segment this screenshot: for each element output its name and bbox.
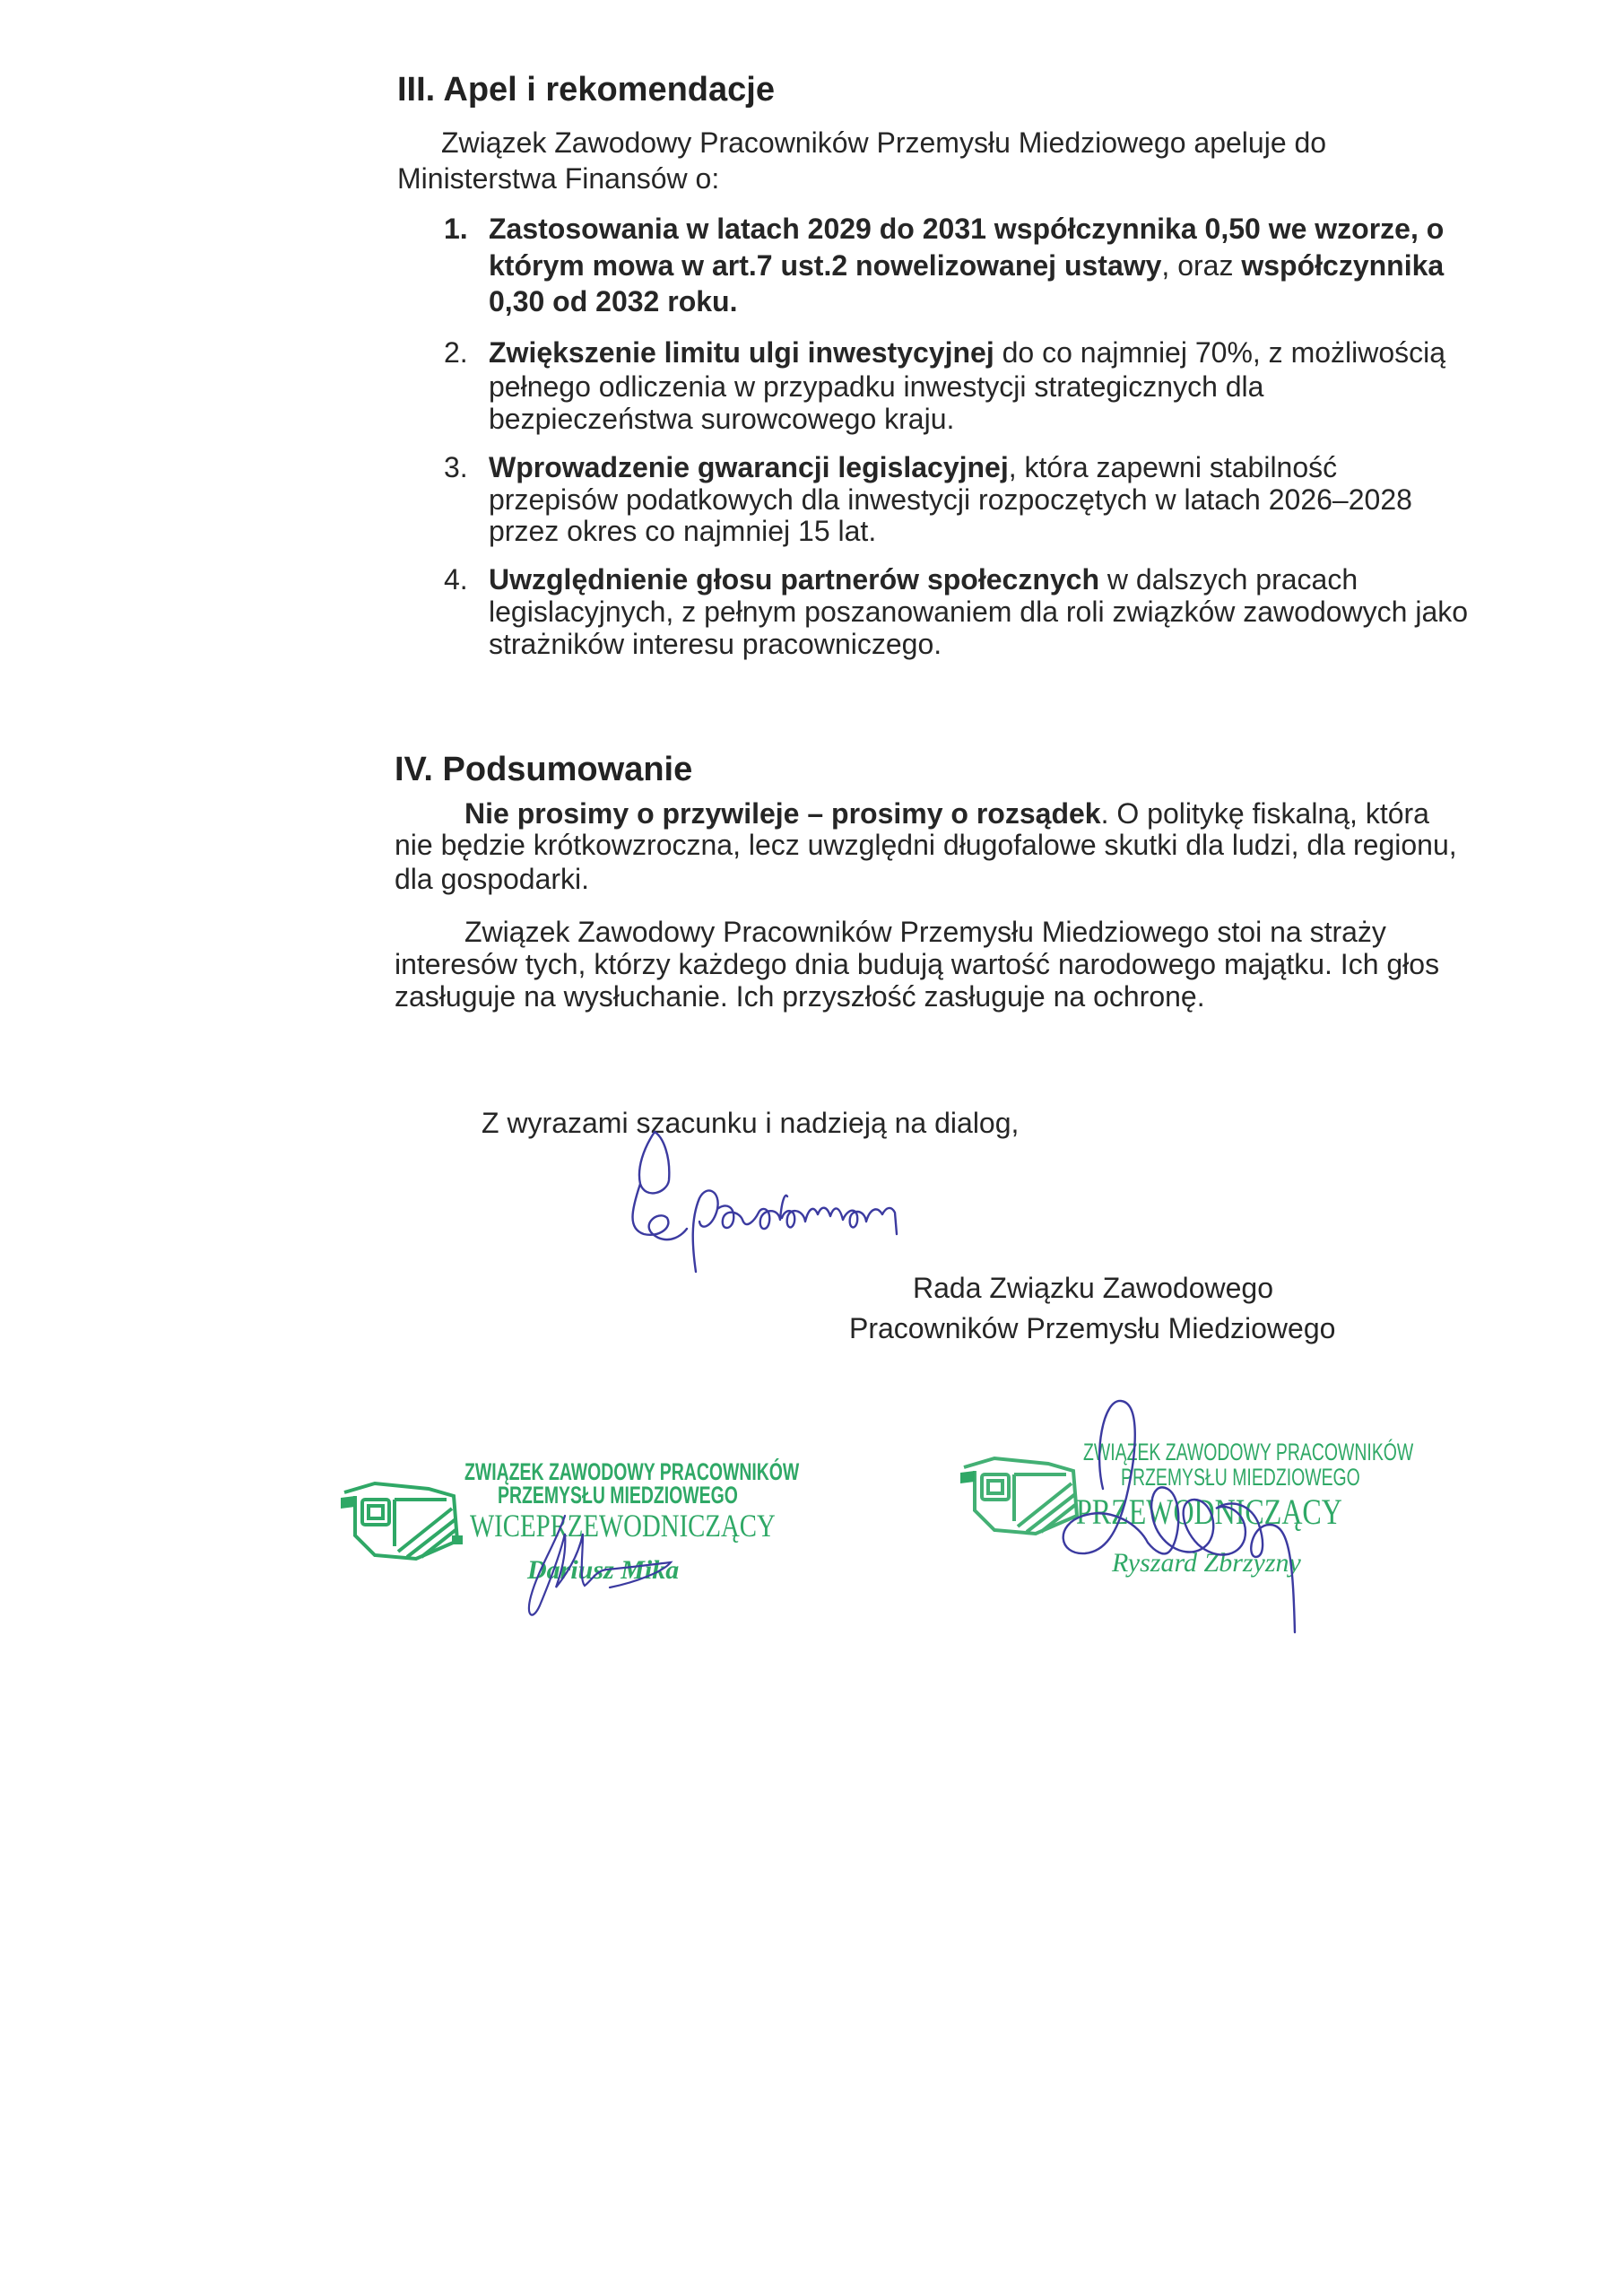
text-run: do co najmniej 70%, z możliwością [994,336,1445,369]
intro-line-1: Związek Zawodowy Pracowników Przemysłu M… [441,126,1326,160]
section-heading-podsumowanie: IV. Podsumowanie [395,750,692,789]
list-item-line: przepisów podatkowych dla inwestycji roz… [489,483,1412,517]
stamp-left-line2: PRZEMYSŁU MIEDZIOWEGO [498,1482,738,1509]
text-run: bezpieczeństwa surowcowego kraju. [489,403,954,435]
list-item-line: legislacyjnych, z pełnym poszanowaniem d… [489,595,1468,629]
list-item-line: Zastosowania w latach 2029 do 2031 współ… [489,212,1444,246]
text-run: interesów tych, którzy każdego dnia budu… [395,948,1439,980]
bold-text-run: Zastosowania w latach 2029 do 2031 współ… [489,213,1444,245]
bold-text-run: Wprowadzenie gwarancji legislacyjnej [489,451,1009,483]
bold-text-run: Zwiększenie limitu ulgi inwestycyjnej [489,336,994,369]
bold-text-run: 0,30 od 2032 roku. [489,285,737,317]
text-run: legislacyjnych, z pełnym poszanowaniem d… [489,596,1468,628]
handwritten-signature-chairman [1040,1390,1327,1641]
signatory-line-2: Pracowników Przemysłu Miedziowego [849,1311,1335,1345]
text-run: pełnego odliczenia w przypadku inwestycj… [489,370,1263,403]
text-run: przez okres co najmniej 15 lat. [489,515,876,547]
document-page: III. Apel i rekomendacje Związek Zawodow… [0,0,1623,2296]
summary-line: interesów tych, którzy każdego dnia budu… [395,947,1439,981]
text-run: , która zapewni stabilność [1009,451,1337,483]
intro-line-2: Ministerstwa Finansów o: [397,161,719,196]
handwritten-signature-vice-chairman [520,1507,681,1623]
text-run: strażników interesu pracowniczego. [489,628,942,660]
list-item-line: Uwzględnienie głosu partnerów społecznyc… [489,562,1358,596]
text-run: Związek Zawodowy Pracowników Przemysłu M… [464,916,1386,948]
union-logo-icon [339,1480,464,1561]
handwritten-signature-council [628,1121,1094,1291]
signatory-line-1: Rada Związku Zawodowego [913,1271,1273,1305]
section-heading-apel: III. Apel i rekomendacje [397,70,775,109]
list-item-line: pełnego odliczenia w przypadku inwestycj… [489,370,1263,404]
bold-text-run: którym mowa w art.7 ust.2 nowelizowanej … [489,249,1161,282]
list-item-number: 2. [444,335,468,370]
list-item-line: Wprowadzenie gwarancji legislacyjnej, kt… [489,450,1337,484]
list-item-line: strażników interesu pracowniczego. [489,627,942,661]
list-item-number: 3. [444,450,468,484]
list-item-line: 0,30 od 2032 roku. [489,284,737,318]
summary-line: nie będzie krótkowzroczna, lecz uwzględn… [395,828,1457,862]
list-item-line: przez okres co najmniej 15 lat. [489,514,876,548]
text-run: zasługuje na wysłuchanie. Ich przyszłość… [395,980,1205,1013]
bold-text-run: współczynnika [1241,249,1444,282]
bold-text-run: Nie prosimy o przywileje – prosimy o roz… [464,797,1101,830]
text-run: . O politykę fiskalną, która [1101,797,1429,830]
summary-line: Związek Zawodowy Pracowników Przemysłu M… [464,915,1386,949]
summary-line: zasługuje na wysłuchanie. Ich przyszłość… [395,979,1205,1013]
list-item-line: którym mowa w art.7 ust.2 nowelizowanej … [489,248,1444,283]
text-run: , oraz [1161,249,1241,282]
bold-text-run: Uwzględnienie głosu partnerów społecznyc… [489,563,1099,596]
text-run: przepisów podatkowych dla inwestycji roz… [489,483,1412,516]
summary-line: Nie prosimy o przywileje – prosimy o roz… [464,796,1429,831]
text-run: w dalszych pracach [1099,563,1358,596]
list-item-line: Zwiększenie limitu ulgi inwestycyjnej do… [489,335,1445,370]
list-item-number: 1. [444,212,468,246]
text-run: dla gospodarki. [395,863,589,895]
list-item-line: bezpieczeństwa surowcowego kraju. [489,402,954,436]
list-item-number: 4. [444,562,468,596]
text-run: nie będzie krótkowzroczna, lecz uwzględn… [395,829,1457,861]
summary-line: dla gospodarki. [395,862,589,896]
